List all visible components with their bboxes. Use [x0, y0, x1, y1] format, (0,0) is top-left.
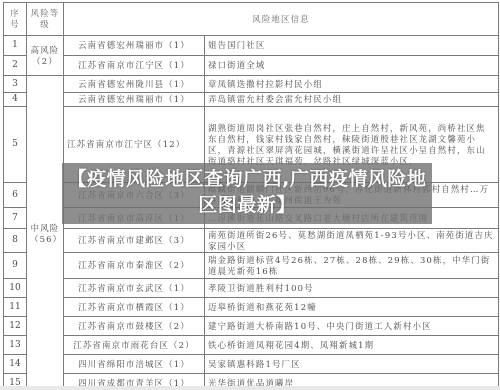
table-header-row: 序号 风险等级 风险地区信息 [4, 3, 499, 36]
header-info: 风险地区信息 [64, 3, 499, 36]
row-region: 江苏省南京市雨花台区（2） [64, 336, 205, 355]
row-index: 2 [4, 56, 27, 76]
row-region: 江苏省南京市江宁区（1） [64, 56, 205, 76]
document-page: 序号 风险等级 风险地区信息 1 高风险（2） 云南省德宏州瑞丽市（1） 姐告国… [0, 0, 500, 390]
row-index: 5 [4, 107, 27, 183]
page-bottom-edge [0, 386, 500, 390]
row-info: 姐告国门社区 [205, 36, 499, 56]
table-row: 12 江苏省南京市鼓楼区（2） 建宁路街道大桥南路10号、中央门街道工人新村小区 [4, 317, 499, 336]
row-index: 13 [4, 336, 27, 355]
row-info: 铁心桥街道凤翔花园4期、凤翔新城1期 [205, 336, 499, 355]
row-info: 禄口街道全域 [205, 56, 499, 76]
row-region: 江苏省南京市玄武区（1） [64, 279, 205, 298]
row-index: 12 [4, 317, 27, 336]
risk-level-high: 高风险（2） [27, 36, 64, 76]
row-info: 迈皋桥街道和燕花苑12幢 [205, 298, 499, 317]
row-region: 江苏省南京市秦淮区（2） [64, 253, 205, 279]
row-index: 14 [4, 355, 27, 374]
table-row: 9 江苏省南京市秦淮区（2） 瑞金路街道标营4号26栋、27栋、28栋、29栋、… [4, 253, 499, 279]
header-level: 风险等级 [27, 3, 64, 36]
row-info: 吴家镇惠科路1号厂区 [205, 355, 499, 374]
row-region: 云南省德宏州瑞丽市（1） [64, 93, 205, 107]
table-row: 8 江苏省南京市建邺区（3） 南苑街道所街26号、莫愁湖街道凤栖苑1-93号小区… [4, 229, 499, 253]
row-index: 6 [4, 183, 27, 208]
row-index: 10 [4, 279, 27, 298]
table-row: 4 云南省德宏州瑞丽市（1） 弄岛镇雷允村委会雷允村民小组 [4, 93, 499, 107]
row-index: 3 [4, 76, 27, 93]
row-info: 瑞金路街道标营4号26栋、27栋、28栋、29栋、30栋，中华门街道晨光新苑16… [205, 253, 499, 279]
table-row: 10 江苏省南京市玄武区（1） 孝陵卫街道胜利村100号 [4, 279, 499, 298]
row-info: 建宁路街道大桥南路10号、中央门街道工人新村小区 [205, 317, 499, 336]
row-info: 弄岛镇雷允村委会雷允村民小组 [205, 93, 499, 107]
row-region: 江苏省南京市栖霞区（1） [64, 298, 205, 317]
table-row: 3 中风险（56） 云南省德宏州陇川县（1） 章凤镇迭撒村拉影村民小组 [4, 76, 499, 93]
row-index: 11 [4, 298, 27, 317]
row-index: 9 [4, 253, 27, 279]
row-region: 江苏省南京市建邺区（3） [64, 229, 205, 253]
table-row: 13 江苏省南京市雨花台区（2） 铁心桥街道凤翔花园4期、凤翔新城1期 [4, 336, 499, 355]
header-index: 序号 [4, 3, 27, 36]
row-region: 四川省绵阳市涪城区（1） [64, 355, 205, 374]
row-info: 章凤镇迭撒村拉影村民小组 [205, 76, 499, 93]
row-index: 8 [4, 229, 27, 253]
row-region: 云南省德宏州陇川县（1） [64, 76, 205, 93]
row-index: 1 [4, 36, 27, 56]
row-index: 4 [4, 93, 27, 107]
table-row: 1 高风险（2） 云南省德宏州瑞丽市（1） 姐告国门社区 [4, 36, 499, 56]
row-region: 江苏省南京市鼓楼区（2） [64, 317, 205, 336]
table-row: 14 四川省绵阳市涪城区（1） 吴家镇惠科路1号厂区 [4, 355, 499, 374]
table-row: 2 江苏省南京市江宁区（1） 禄口街道全域 [4, 56, 499, 76]
row-info: 孝陵卫街道胜利村100号 [205, 279, 499, 298]
row-region: 云南省德宏州瑞丽市（1） [64, 36, 205, 56]
table-row: 11 江苏省南京市栖霞区（1） 迈皋桥街道和燕花苑12幢 [4, 298, 499, 317]
overlay-title: 【疫情风险地区查询广西,广西疫情风险地区图最新】 [62, 166, 432, 218]
row-info: 南苑街道所街26号、莫愁湖街道凤栖苑1-93号小区、南苑街道吉庆家园小区 [205, 229, 499, 253]
row-index: 7 [4, 208, 27, 229]
risk-level-medium: 中风险（56） [27, 76, 64, 390]
